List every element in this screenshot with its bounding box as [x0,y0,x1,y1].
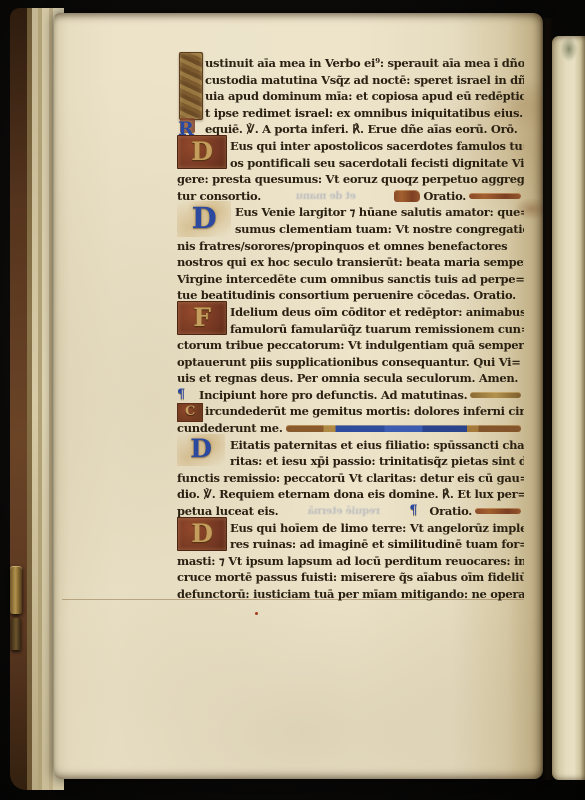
facing-page-edge [552,36,585,780]
oratio-heading: Oratio. [429,503,472,520]
text-line: uis et regnas deus. Per omnia secula sec… [177,370,524,387]
text-line: nostros qui ex hoc seculo transierūt: be… [177,254,524,271]
text-line-with-filler: cundederunt me. [177,420,524,437]
text-line: nis fratres/sorores/propinquos et omnes … [177,238,524,255]
text-line: Virgine intercedēte cum omnibus sanctis … [177,271,524,288]
ink-speck [255,612,258,615]
text-line: ctorum tribue peccatorum: Vt indulgentia… [177,337,524,354]
text-line: defunctorū: iusticiam tuā per mīam mitig… [177,586,524,603]
illuminated-initial-D-blue: D [177,201,231,237]
text-line: tue beatitudinis consortium peruenire cō… [177,287,524,304]
line-filler [470,392,521,398]
line-filler-blue-gold [286,425,521,432]
text-line: optauerunt piis supplicationibus consequ… [177,354,524,371]
illuminated-initial-bar [179,52,203,120]
manuscript-page: R D D F C D D ustinuit aīa mea in Verbo … [54,13,543,779]
illuminated-initial-D-blue-2: D [177,434,225,466]
rubric-text: Incipiunt hore pro defunctis. Ad matutin… [199,387,467,404]
text-line: masti: ⁊ Vt ipsum lapsum ad locū perditu… [177,553,524,570]
paragraph-mark: ¶ [409,503,429,520]
photo-background: R D D F C D D ustinuit aīa mea in Verbo … [0,0,585,800]
text-line: custodia matutina Vsq̃z ad noctē: speret… [177,72,524,89]
binding-clasp [10,566,22,614]
paragraph-mark: ¶ [177,387,199,404]
text-block: R D D F C D D ustinuit aīa mea in Verbo … [177,55,524,607]
text-line-with-heading: petua luceat eis. requiē eternā ¶ Oratio… [177,503,524,520]
line-filler [394,190,420,202]
text-line: t ipse redimet israel: ex omnibus iniqui… [177,105,524,122]
initial-letter: D [177,201,231,235]
bleed-through-text: et de manu [261,188,391,205]
text-line: functis remissio: peccatorū Vt claritas:… [177,470,524,487]
initial-letter: D [178,518,226,549]
text-line: uia apud dominum mīa: et copiosa apud eū… [177,88,524,105]
rubric-line: ¶ Incipiunt hore pro defunctis. Ad matut… [177,387,524,404]
initial-letter: D [178,136,226,167]
text-line: ustinuit aīa mea in Verbo ei⁹: sperauit … [177,55,524,72]
binding-clasp-lower [11,618,21,650]
text-line: ircundederūt me gemitus mortis: dolores … [177,403,524,420]
oratio-heading: Oratio. [423,188,466,205]
line-filler [475,508,521,514]
text-line: famulorū famularūq̃z tuarum remissionem … [177,321,524,338]
page-edge-layer [42,8,49,790]
text-line: ritas: et iesu xp̄i passio: trinitatisq̃… [177,453,524,470]
illuminated-initial-D-red: D [177,135,227,169]
initial-letter: F [178,302,226,333]
illuminated-initial-F-red: F [177,301,227,335]
text-line: equiē. ℣. A porta inferi. ℟. Erue dñe aī… [177,121,524,138]
text-line: Eus qui hoīem de limo terre: Vt angelorū… [177,520,524,537]
text-line: Idelium deus oīm cōditor et redēptor: an… [177,304,524,321]
initial-letter: C [178,404,202,420]
text-line: dio. ℣. Requiem eternam dona eis domine.… [177,486,524,503]
text-line: Eitatis paternitas et eius filiatio: spū… [177,437,524,454]
line-filler [469,193,521,199]
initial-letter: D [177,434,225,464]
text-line: gere: presta quesumus: Vt eoruz quoqz pe… [177,171,524,188]
text-line: os pontificali seu sacerdotali fecisti d… [177,155,524,172]
bleed-through-text: requiē eternā [278,503,409,520]
illuminated-initial-D-red-2: D [177,517,227,551]
illuminated-initial-C-red: C [177,403,203,422]
text-line: cruce mortē passus fuisti: miserere q̃s … [177,569,524,586]
text-line: res ruinas: ad imaginē et similitudinē t… [177,536,524,553]
text-line: Eus qui inter apostolicos sacerdotes fam… [177,138,524,155]
leather-cover-edge [10,8,27,790]
